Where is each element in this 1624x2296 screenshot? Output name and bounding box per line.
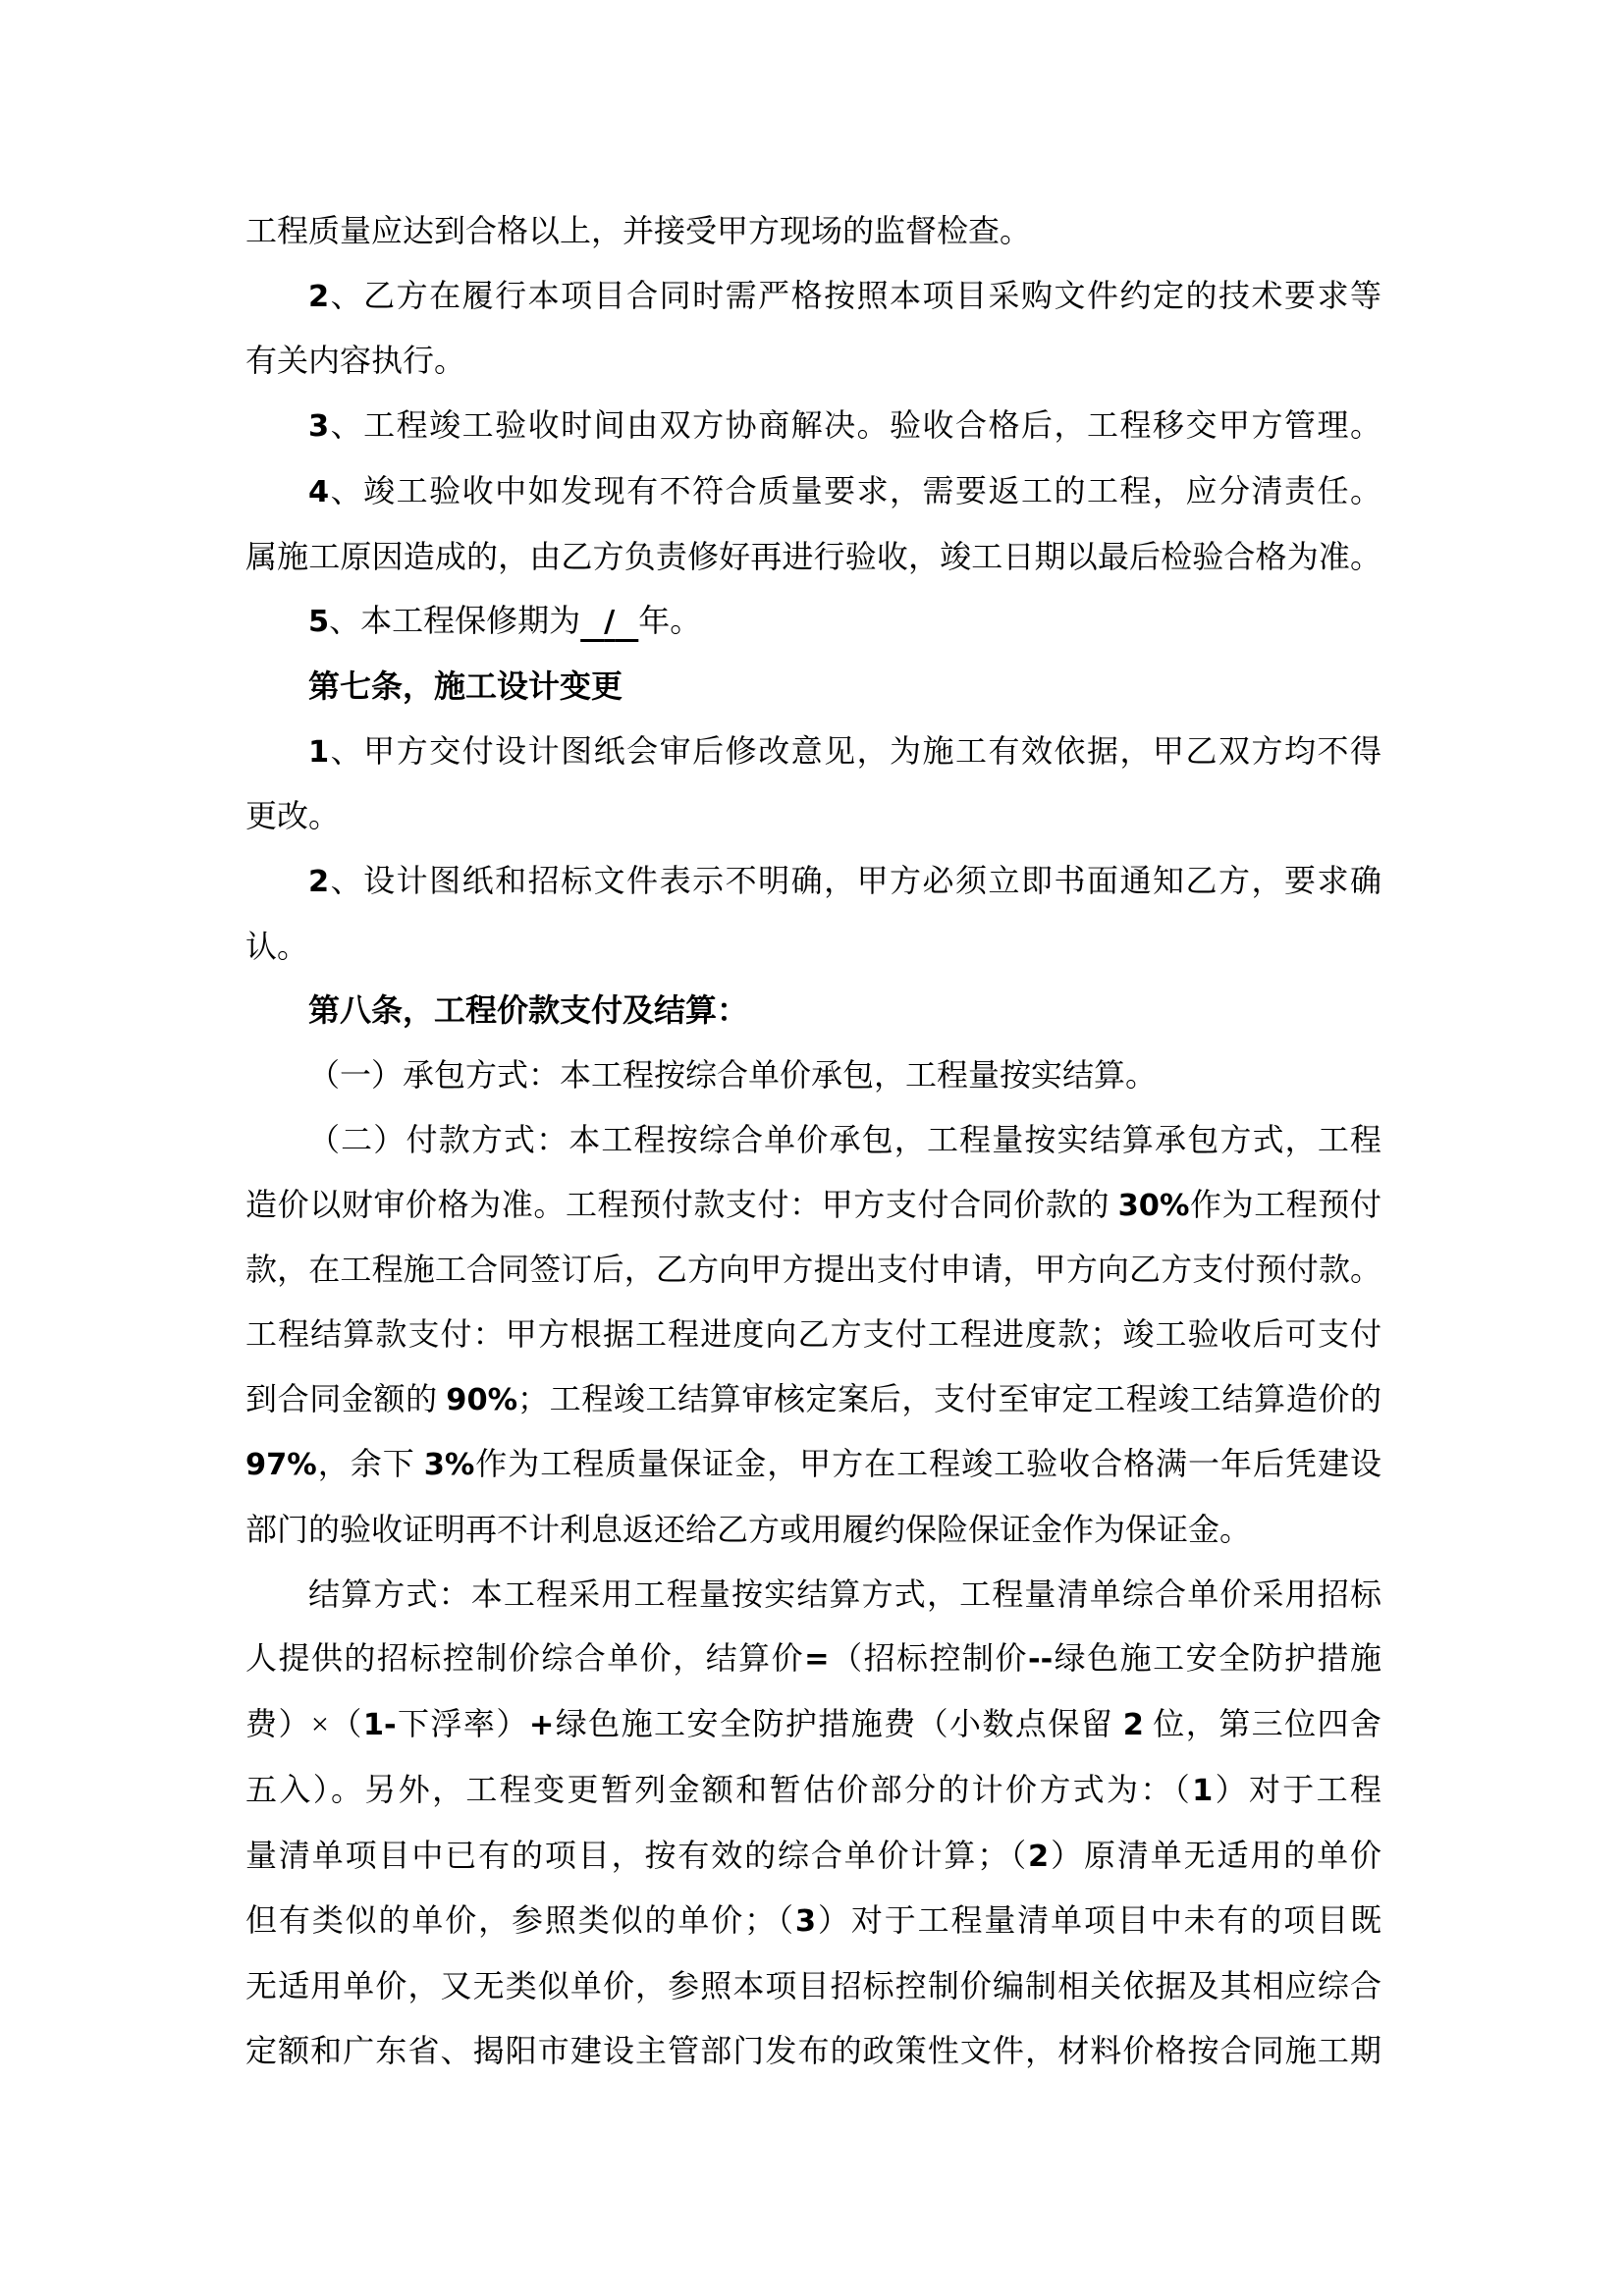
latin-text-run: 3 — [308, 409, 329, 444]
fill-in-blank-underline: / — [580, 603, 638, 638]
text-line: 工程结算款支付：甲方根据工程进度向乙方支付工程进度款；竣工验收后可支付 — [245, 1303, 1381, 1367]
text-line: 2、乙方在履行本项目合同时需严格按照本项目采购文件约定的技术要求等 — [245, 264, 1381, 330]
document-body: 工程质量应达到合格以上，并接受甲方现场的监督检查。2、乙方在履行本项目合同时需严… — [245, 199, 1381, 2083]
latin-text-run: = — [804, 1642, 829, 1677]
text-line: 结算方式：本工程采用工程量按实结算方式，工程量清单综合单价采用招标 — [245, 1563, 1381, 1628]
section-heading: 第八条，工程价款支付及结算： — [245, 979, 1381, 1043]
text-line: 4、竣工验收中如发现有不符合质量要求，需要返工的工程，应分清责任。 — [245, 459, 1381, 525]
text-line: 工程质量应达到合格以上，并接受甲方现场的监督检查。 — [245, 199, 1381, 264]
text-line: 到合同金额的 90%；工程竣工结算审核定案后，支付至审定工程竣工结算造价的 — [245, 1367, 1381, 1433]
text-line: 有关内容执行。 — [245, 329, 1381, 394]
text-line: 费）×（1-下浮率）+绿色施工安全防护措施费（小数点保留 2 位，第三位四舍 — [245, 1692, 1381, 1758]
latin-text-run: + — [529, 1708, 554, 1742]
latin-text-run: 2 — [308, 865, 329, 899]
latin-text-run: 1 — [308, 735, 329, 770]
text-line: 1、甲方交付设计图纸会审后修改意见，为施工有效依据，甲乙双方均不得 — [245, 720, 1381, 785]
text-line: 更改。 — [245, 784, 1381, 849]
latin-text-run: 97% — [245, 1448, 317, 1482]
text-line: （一）承包方式：本工程按综合单价承包，工程量按实结算。 — [245, 1043, 1381, 1108]
text-line: （二）付款方式：本工程按综合单价承包，工程量按实结算承包方式，工程 — [245, 1108, 1381, 1173]
latin-text-run: 90% — [446, 1383, 517, 1417]
text-line: 造价以财审价格为准。工程预付款支付：甲方支付合同价款的 30%作为工程预付 — [245, 1173, 1381, 1239]
text-line: 部门的验收证明再不计利息返还给乙方或用履约保险保证金作为保证金。 — [245, 1498, 1381, 1563]
latin-text-run: / — [604, 605, 615, 639]
text-line: 款，在工程施工合同签订后，乙方向甲方提出支付申请，甲方向乙方支付预付款。 — [245, 1238, 1381, 1303]
text-line: 但有类似的单价，参照类似的单价；（3）对于工程量清单项目中未有的项目既 — [245, 1889, 1381, 1954]
text-line: 3、工程竣工验收时间由双方协商解决。验收合格后，工程移交甲方管理。 — [245, 394, 1381, 459]
text-line: 五入）。另外，工程变更暂列金额和暂估价部分的计价方式为：（1）对于工程 — [245, 1758, 1381, 1824]
text-line: 人提供的招标控制价综合单价，结算价=（招标控制价--绿色施工安全防护措施 — [245, 1627, 1381, 1692]
document-page: 工程质量应达到合格以上，并接受甲方现场的监督检查。2、乙方在履行本项目合同时需严… — [0, 0, 1624, 2296]
latin-text-run: 1 — [1192, 1774, 1213, 1808]
latin-text-run: 30% — [1118, 1189, 1190, 1223]
text-line: 量清单项目中已有的项目，按有效的综合单价计算；（2）原清单无适用的单价 — [245, 1824, 1381, 1890]
text-line: 定额和广东省、揭阳市建设主管部门发布的政策性文件，材料价格按合同施工期 — [245, 2019, 1381, 2084]
latin-text-run: 4 — [308, 475, 329, 509]
latin-text-run: -- — [1028, 1642, 1053, 1677]
latin-text-run: 3% — [424, 1448, 475, 1482]
text-line: 认。 — [245, 915, 1381, 980]
text-line: 无适用单价，又无类似单价，参照本项目招标控制价编制相关依据及其相应综合 — [245, 1954, 1381, 2019]
latin-text-run: 3 — [795, 1904, 816, 1939]
text-line: 97%，余下 3%作为工程质量保证金，甲方在工程竣工验收合格满一年后凭建设 — [245, 1432, 1381, 1498]
section-heading: 第七条，施工设计变更 — [245, 655, 1381, 720]
text-line: 5、本工程保修期为 / 年。 — [245, 589, 1381, 655]
text-line: 2、设计图纸和招标文件表示不明确，甲方必须立即书面通知乙方，要求确 — [245, 849, 1381, 915]
text-line: 属施工原因造成的，由乙方负责修好再进行验收，竣工日期以最后检验合格为准。 — [245, 525, 1381, 590]
latin-text-run: 2 — [1123, 1708, 1144, 1742]
latin-text-run: 1- — [363, 1708, 397, 1742]
latin-text-run: 5 — [308, 605, 329, 639]
latin-text-run: 2 — [308, 280, 329, 314]
latin-text-run: 2 — [1028, 1840, 1049, 1874]
